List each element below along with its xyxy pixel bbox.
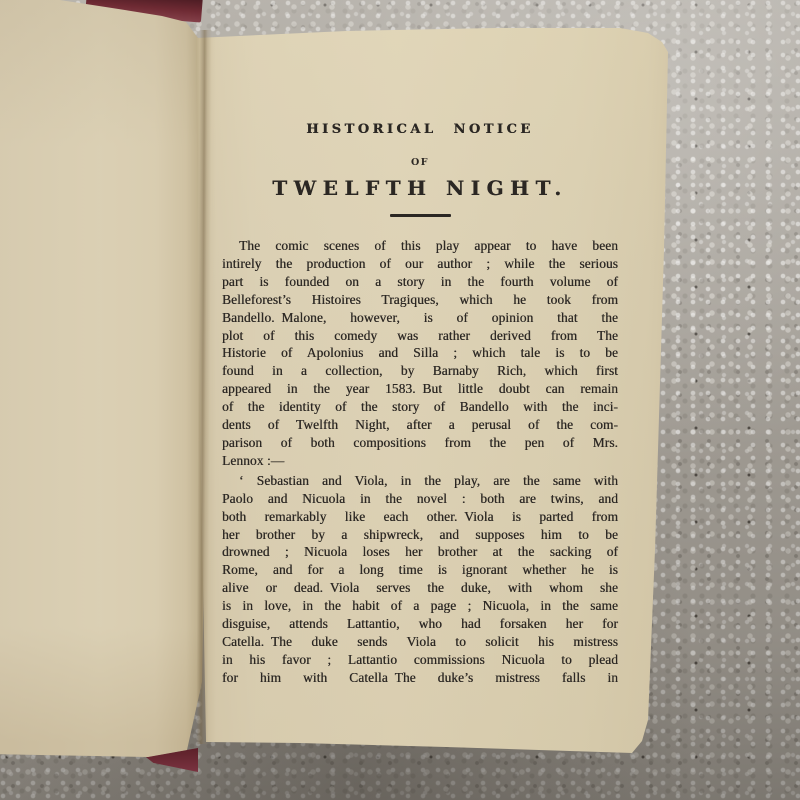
text-line: for him with Catella The duke’s mistress… [222,669,618,687]
text-line: in his favor ; Lattantio commissions Nic… [222,651,618,669]
text-line: Historie of Apolonius and Silla ; which … [222,344,618,362]
text-line: drowned ; Nicuola loses her brother at t… [222,543,618,561]
text-line: is in love, in the habit of a page ; Nic… [222,597,618,615]
text-line: Catella. The duke sends Viola to solicit… [222,633,618,651]
text-line: Bandello. Malone, however, is of opinion… [222,309,618,327]
text-line: of the identity of the story of Bandello… [222,398,618,416]
page-content: HISTORICAL NOTICE OF TWELFTH NIGHT. The … [196,26,670,758]
right-printed-page: HISTORICAL NOTICE OF TWELFTH NIGHT. The … [196,26,670,758]
text-line: parison of both compositions from the pe… [222,434,618,452]
text-line: Lennox :— [222,452,618,470]
paragraph: ‘ Sebastian and Viola, in the play, are … [222,472,618,687]
text-line: appeared in the year 1583. But little do… [222,380,618,398]
text-line: found in a collection, by Barnaby Rich, … [222,362,618,380]
text-line: Belleforest’s Histoires Tragiques, which… [222,291,618,309]
text-line: alive or dead. Viola serves the duke, wi… [222,579,618,597]
page-body-text: The comic scenes of this play appear to … [222,237,618,689]
text-line: both remarkably like each other. Viola i… [222,508,618,526]
left-blank-page [0,0,206,766]
of-subheading: OF [222,157,618,168]
text-line: her brother by a shipwreck, and supposes… [222,526,618,544]
historical-notice-heading: HISTORICAL NOTICE [222,122,618,137]
text-line: disguise, attends Lattantio, who had for… [222,615,618,633]
text-line: part is founded on a story in the fourth… [222,273,618,291]
text-line: plot of this comedy was rather derived f… [222,327,618,345]
text-line: intirely the production of our author ; … [222,255,618,273]
text-line: dents of Twelfth Night, after a perusal … [222,416,618,434]
text-line: The comic scenes of this play appear to … [222,237,618,255]
text-line: Rome, and for a long time is ignorant wh… [222,561,618,579]
text-line: Paolo and Nicuola in the novel : both ar… [222,490,618,508]
paragraph: The comic scenes of this play appear to … [222,237,618,470]
book-photo-scene: HISTORICAL NOTICE OF TWELFTH NIGHT. The … [0,0,800,800]
text-line: ‘ Sebastian and Viola, in the play, are … [222,472,618,490]
play-title: TWELFTH NIGHT. [222,176,618,200]
title-divider-rule [390,214,451,217]
